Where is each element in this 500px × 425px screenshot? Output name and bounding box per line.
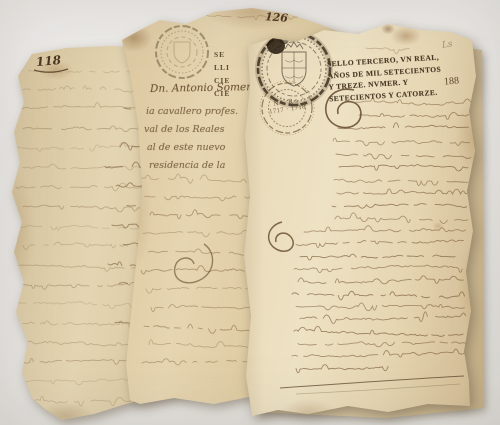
- handwriting-stroke: [292, 349, 465, 357]
- manuscript-right: SELLO TERCERO, VN REAL, AÑOS DE MIL SETE…: [238, 16, 482, 420]
- handwriting-stroke: [292, 291, 465, 300]
- handwriting-stroke: [336, 154, 471, 159]
- handwriting-stroke: [294, 326, 463, 336]
- right-sheet-paper: SELLO TERCERO, VN REAL, AÑOS DE MIL SETE…: [238, 16, 482, 420]
- handwriting-stroke: [144, 324, 249, 333]
- faint-seal-stamp-icon: [156, 26, 208, 78]
- closing-rule-line: [280, 376, 464, 388]
- handwriting-stroke: [359, 112, 469, 119]
- paragraph-flourish: [269, 222, 294, 251]
- handwriting-stroke: [334, 179, 468, 185]
- handwriting-stroke: [304, 226, 465, 232]
- stamp-text-line: LLI: [214, 61, 230, 74]
- ink-flourish: [175, 244, 213, 283]
- handwriting-stroke: [339, 164, 468, 170]
- manuscript-text-fragment: val de los Reales: [144, 124, 224, 135]
- handwriting-stroke: [296, 240, 463, 248]
- stamp-text-line: SE: [214, 48, 230, 61]
- handwriting-stroke: [141, 266, 251, 274]
- royal-seal-stamp-icon: [258, 33, 330, 105]
- handwriting-stroke: [296, 365, 388, 373]
- handwriting-stroke: [332, 204, 467, 209]
- folio-number-left: 118: [35, 53, 61, 69]
- handwriting-stroke: [146, 287, 252, 293]
- handwriting-stroke: [294, 265, 462, 272]
- folio-mark: Ls: [441, 39, 453, 50]
- handwriting-stroke: [300, 312, 466, 324]
- handwriting-stroke: [337, 189, 470, 194]
- handwriting-stroke: [296, 303, 464, 311]
- handwriting-stroke: [140, 174, 246, 183]
- handwriting-stroke: [298, 276, 463, 284]
- handwriting-stroke: [300, 254, 464, 260]
- manuscript-text-fragment: ia cavallero profes.: [146, 106, 238, 117]
- closing-rule-line-faint: [296, 384, 460, 394]
- handwriting-stroke: [142, 359, 250, 365]
- handwriting-stroke: [338, 123, 468, 130]
- handwriting-stroke: [335, 213, 468, 224]
- handwriting-stroke: [298, 342, 467, 347]
- revalidation-stamp-text: Nº Rs 1717 · 1718: [261, 95, 313, 117]
- manuscript-text-fragment: residencia de la: [149, 160, 225, 171]
- underline-flourish: [34, 69, 68, 72]
- handwriting-stroke: [333, 138, 469, 146]
- stamp-number: 188: [444, 75, 460, 87]
- photo-of-three-manuscripts: 118 126 SE LLI CIE CIE: [0, 0, 500, 425]
- manuscript-text-fragment: al de este nuevo: [147, 142, 225, 153]
- handwriting-stroke: [145, 196, 250, 201]
- handwriting-stroke: [143, 230, 249, 236]
